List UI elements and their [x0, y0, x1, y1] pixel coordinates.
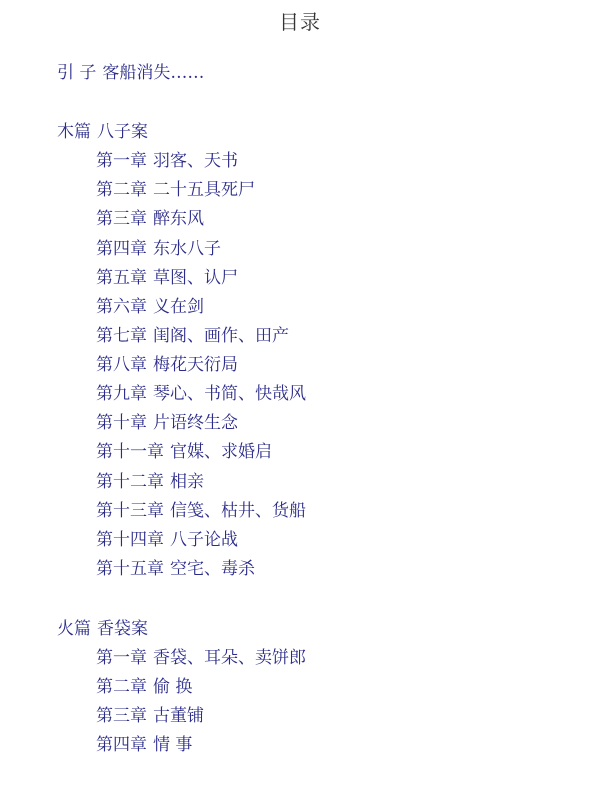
prologue-title: 客船消失…… — [102, 63, 204, 83]
chapter-number: 第四章 — [96, 239, 147, 259]
toc-chapter[interactable]: 第十章片语终生念 — [96, 412, 238, 434]
toc-chapter[interactable]: 第九章琴心、书简、快哉风 — [96, 383, 306, 405]
prologue-label: 引 子 — [57, 63, 96, 83]
part-label: 火篇 — [57, 619, 91, 639]
chapter-number: 第二章 — [96, 677, 147, 697]
toc-chapter[interactable]: 第十三章信笺、枯井、货船 — [96, 500, 306, 522]
chapter-title: 片语终生念 — [153, 413, 238, 433]
chapter-number: 第十二章 — [96, 472, 164, 492]
page-title: 目录 — [0, 6, 600, 35]
toc-chapter[interactable]: 第一章羽客、天书 — [96, 150, 238, 172]
chapter-title: 香袋、耳朵、卖饼郎 — [153, 648, 306, 668]
chapter-title: 琴心、书简、快哉风 — [153, 384, 306, 404]
chapter-title: 相亲 — [170, 472, 204, 492]
chapter-title: 闺阁、画作、田产 — [153, 326, 289, 346]
chapter-title: 官媒、求婚启 — [170, 442, 272, 462]
chapter-title: 古董铺 — [153, 706, 204, 726]
chapter-title: 义在剑 — [153, 297, 204, 317]
chapter-number: 第十三章 — [96, 501, 164, 521]
chapter-number: 第十章 — [96, 413, 147, 433]
chapter-title: 东水八子 — [153, 239, 221, 259]
toc-chapter[interactable]: 第一章香袋、耳朵、卖饼郎 — [96, 647, 306, 669]
chapter-number: 第三章 — [96, 209, 147, 229]
chapter-number: 第九章 — [96, 384, 147, 404]
part-label: 木篇 — [57, 122, 91, 142]
chapter-number: 第四章 — [96, 735, 147, 755]
chapter-number: 第二章 — [96, 180, 147, 200]
toc-part-wood[interactable]: 木篇八子案 — [57, 121, 148, 143]
chapter-title: 梅花天衍局 — [153, 355, 238, 375]
toc-chapter[interactable]: 第四章东水八子 — [96, 238, 221, 260]
toc-chapter[interactable]: 第三章古董铺 — [96, 705, 204, 727]
toc-chapter[interactable]: 第十一章官媒、求婚启 — [96, 441, 272, 463]
toc-chapter[interactable]: 第八章梅花天衍局 — [96, 354, 238, 376]
chapter-number: 第三章 — [96, 706, 147, 726]
chapter-number: 第七章 — [96, 326, 147, 346]
toc-chapter[interactable]: 第十五章空宅、毒杀 — [96, 558, 255, 580]
chapter-number: 第八章 — [96, 355, 147, 375]
chapter-title: 八子论战 — [170, 530, 238, 550]
chapter-title: 偷 换 — [153, 677, 192, 697]
toc-chapter[interactable]: 第十二章相亲 — [96, 471, 204, 493]
toc-chapter[interactable]: 第六章义在剑 — [96, 296, 204, 318]
chapter-title: 羽客、天书 — [153, 151, 238, 171]
chapter-number: 第十四章 — [96, 530, 164, 550]
chapter-number: 第十一章 — [96, 442, 164, 462]
part-title: 八子案 — [97, 122, 148, 142]
toc-chapter[interactable]: 第二章偷 换 — [96, 676, 192, 698]
chapter-title: 信笺、枯井、货船 — [170, 501, 306, 521]
toc-chapter[interactable]: 第二章二十五具死尸 — [96, 179, 255, 201]
chapter-title: 情 事 — [153, 735, 192, 755]
toc-chapter[interactable]: 第五章草图、认尸 — [96, 267, 238, 289]
chapter-title: 空宅、毒杀 — [170, 559, 255, 579]
chapter-title: 草图、认尸 — [153, 268, 238, 288]
chapter-number: 第五章 — [96, 268, 147, 288]
toc-part-fire[interactable]: 火篇香袋案 — [57, 618, 148, 640]
toc-chapter[interactable]: 第七章闺阁、画作、田产 — [96, 325, 289, 347]
chapter-number: 第十五章 — [96, 559, 164, 579]
part-title: 香袋案 — [97, 619, 148, 639]
toc-chapter[interactable]: 第三章醉东风 — [96, 208, 204, 230]
chapter-number: 第六章 — [96, 297, 147, 317]
chapter-number: 第一章 — [96, 648, 147, 668]
toc-chapter[interactable]: 第四章情 事 — [96, 734, 192, 756]
toc-entry-prologue[interactable]: 引 子客船消失…… — [57, 62, 204, 84]
chapter-title: 醉东风 — [153, 209, 204, 229]
chapter-number: 第一章 — [96, 151, 147, 171]
toc-chapter[interactable]: 第十四章八子论战 — [96, 529, 238, 551]
chapter-title: 二十五具死尸 — [153, 180, 255, 200]
